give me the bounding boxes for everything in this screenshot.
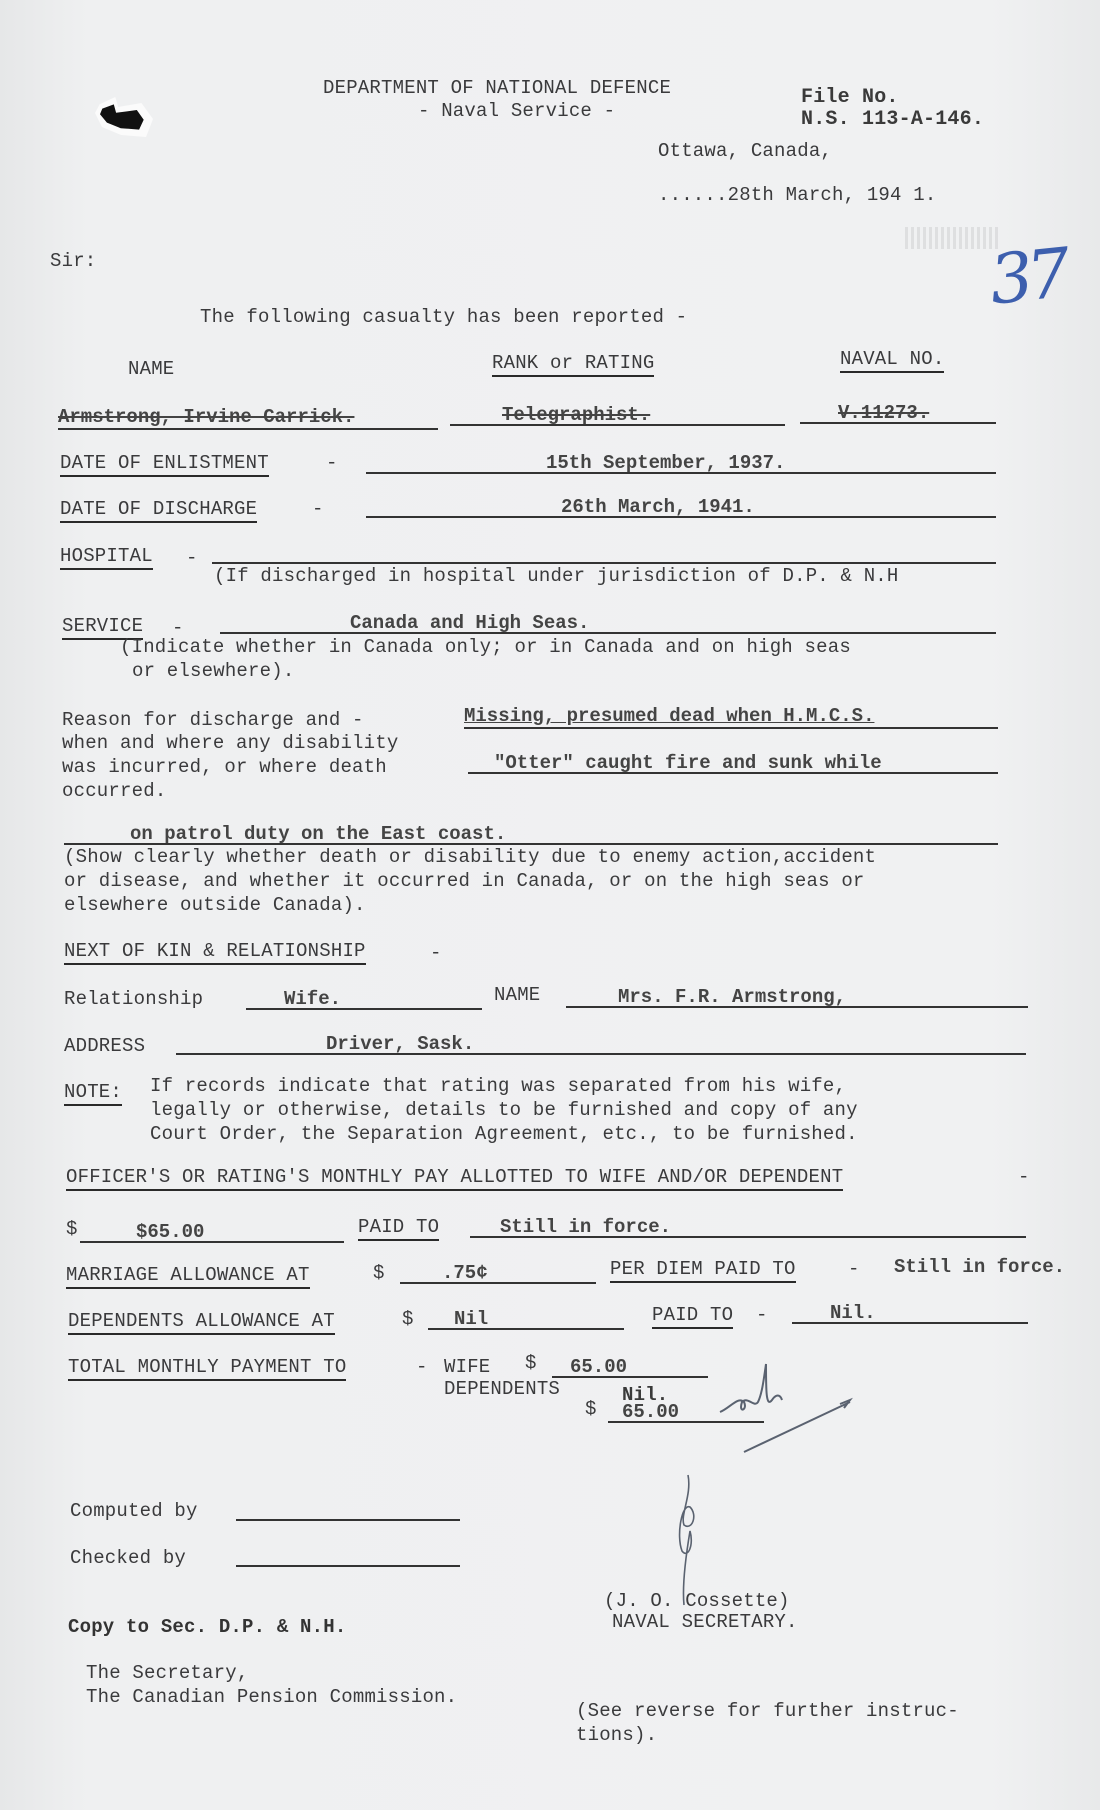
- next-of-kin-label: NEXT OF KIN & RELATIONSHIP: [64, 940, 366, 965]
- copy-to: Copy to Sec. D.P. & N.H.: [68, 1616, 346, 1638]
- service-subtitle: - Naval Service -: [418, 100, 615, 122]
- computed-by-label: Computed by: [70, 1500, 198, 1522]
- enlistment-value: 15th September, 1937.: [366, 452, 996, 474]
- service-value: Canada and High Seas.: [220, 612, 996, 634]
- address-value: Driver, Sask.: [176, 1033, 1026, 1055]
- casualty-name: Armstrong, Irvine Carrick.: [58, 406, 438, 430]
- hospital-value: [212, 540, 996, 564]
- marriage-allowance-value: .75¢: [400, 1262, 596, 1284]
- total-monthly-label: TOTAL MONTHLY PAYMENT TO: [68, 1356, 346, 1381]
- hospital-label: HOSPITAL: [60, 545, 153, 570]
- kin-name-value: Mrs. F.R. Armstrong,: [566, 986, 1028, 1008]
- dependents-allowance-label: DEPENDENTS ALLOWANCE AT: [68, 1310, 335, 1335]
- marriage-allowance-label: MARRIAGE ALLOWANCE AT: [66, 1264, 310, 1289]
- currency-symbol: $: [66, 1218, 78, 1240]
- dependents-total-label: DEPENDENTS: [444, 1378, 560, 1400]
- column-name: NAME: [128, 358, 174, 380]
- file-number: N.S. 113-A-146.: [801, 109, 984, 131]
- discharge-value: 26th March, 1941.: [366, 496, 996, 518]
- recipient-line-1: The Secretary,: [86, 1662, 248, 1684]
- department-title: DEPARTMENT OF NATIONAL DEFENCE: [323, 77, 671, 99]
- file-label: File No.: [801, 87, 899, 109]
- per-diem-value: Still in force.: [872, 1256, 1068, 1278]
- wife-total-value: 65.00: [552, 1356, 708, 1378]
- relationship-value: Wife.: [246, 988, 482, 1010]
- reverse-note-line-1: (See reverse for further instruc-: [576, 1700, 959, 1722]
- dependents-allowance-value: Nil: [428, 1308, 624, 1330]
- letter-date: ......28th March, 194 1.: [658, 184, 936, 206]
- salutation: Sir:: [50, 250, 96, 272]
- casualty-naval-no: V.11273.: [800, 402, 996, 424]
- pencil-page-number: 37: [986, 234, 1068, 320]
- reason-value-line-1: Missing, presumed dead when H.M.C.S.: [464, 705, 998, 729]
- signatory-name: (J. O. Cossette): [604, 1590, 790, 1612]
- enlistment-label: DATE OF ENLISTMENT: [60, 452, 269, 477]
- recipient-line-2: The Canadian Pension Commission.: [86, 1686, 457, 1708]
- reason-label: Reason for discharge and -: [62, 709, 364, 731]
- relationship-label: Relationship: [64, 988, 203, 1010]
- service-note: (Indicate whether in Canada only; or in …: [120, 636, 851, 658]
- hospital-note: (If discharged in hospital under jurisdi…: [214, 565, 899, 587]
- dependents-paid-to-label: PAID TO: [652, 1304, 733, 1329]
- casualty-rank: Telegraphist.: [450, 404, 785, 426]
- monthly-pay-amount: $65.00: [80, 1221, 344, 1243]
- reason-note: (Show clearly whether death or disabilit…: [64, 846, 876, 868]
- address-label: ADDRESS: [64, 1035, 145, 1057]
- wife-label: WIFE: [444, 1356, 490, 1378]
- signatory-title: NAVAL SECRETARY.: [612, 1611, 798, 1633]
- column-naval-no: NAVAL NO.: [840, 348, 944, 373]
- pay-heading: OFFICER'S OR RATING'S MONTHLY PAY ALLOTT…: [66, 1166, 843, 1191]
- intro-text: The following casualty has been reported…: [200, 306, 687, 328]
- place: Ottawa, Canada,: [658, 140, 832, 162]
- column-rank: RANK or RATING: [492, 352, 654, 377]
- paid-to-label: PAID TO: [358, 1216, 439, 1241]
- initials-signature: [700, 1350, 860, 1450]
- note-label: NOTE:: [64, 1081, 122, 1106]
- checked-by-line: [236, 1565, 460, 1567]
- reason-value-line-3: on patrol duty on the East coast.: [64, 823, 998, 845]
- dependents-paid-to-value: Nil.: [792, 1302, 1028, 1324]
- reason-value-line-2: "Otter" caught fire and sunk while: [468, 752, 998, 774]
- per-diem-label: PER DIEM PAID TO: [610, 1258, 796, 1283]
- computed-by-line: [236, 1519, 460, 1521]
- paid-to-value: Still in force.: [470, 1216, 1026, 1238]
- kin-name-label: NAME: [494, 984, 540, 1006]
- note-text: If records indicate that rating was sepa…: [150, 1075, 846, 1097]
- reverse-note-line-2: tions).: [576, 1724, 657, 1746]
- checked-by-label: Checked by: [70, 1547, 186, 1569]
- discharge-label: DATE OF DISCHARGE: [60, 498, 257, 523]
